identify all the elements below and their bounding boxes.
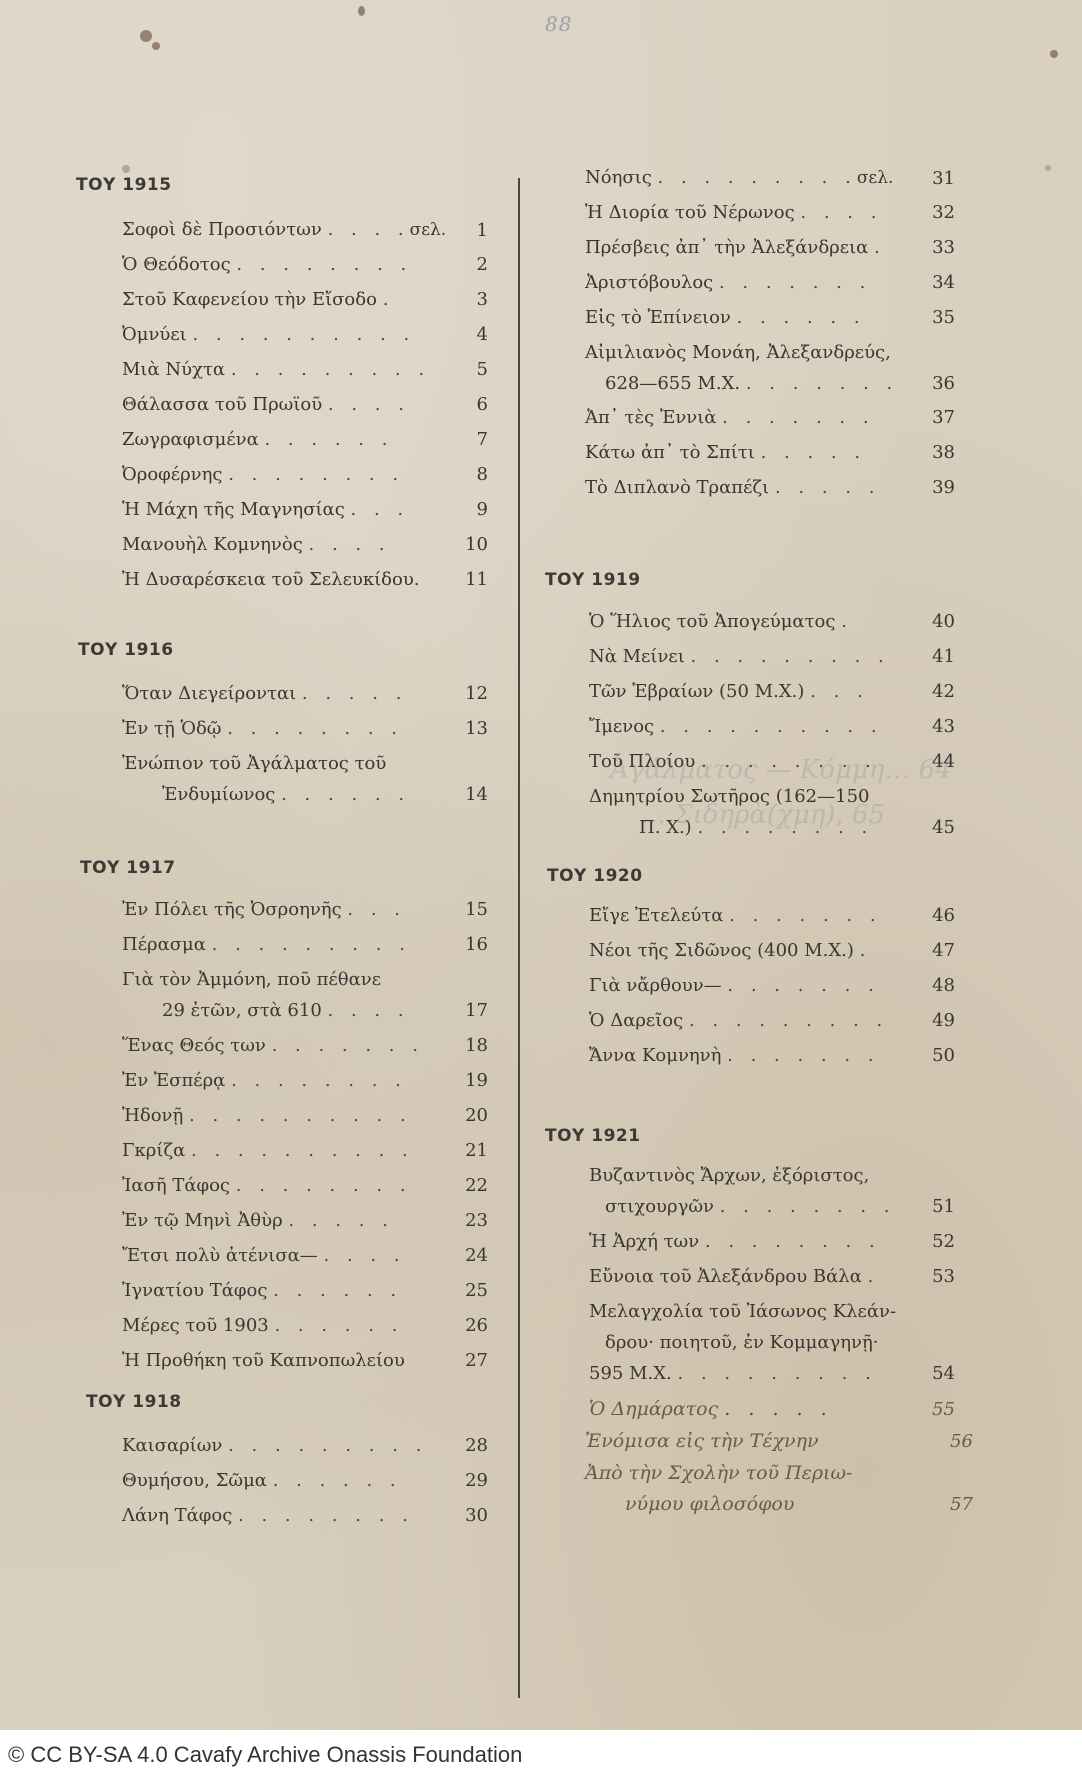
page-number: 4 xyxy=(477,319,488,350)
ink-stain xyxy=(1050,50,1058,58)
toc-entry[interactable]: Ἀπ᾽ τὲς Ἐννιὰ . . . . . . .37 xyxy=(585,402,955,433)
toc-entry[interactable]: Εἴγε Ἐτελεύτα . . . . . . .46 xyxy=(589,900,955,931)
page-number: 49 xyxy=(932,1005,955,1036)
ink-stain xyxy=(358,6,365,16)
column-divider xyxy=(518,178,520,1698)
page-number: 46 xyxy=(932,900,955,931)
page-number: 9 xyxy=(477,494,488,525)
toc-entry[interactable]: Ἐν Ἑσπέρᾳ . . . . . . . .19 xyxy=(122,1065,488,1096)
page-number: 6 xyxy=(477,389,488,420)
page-number: 54 xyxy=(932,1358,955,1389)
page-number: 18 xyxy=(465,1030,488,1061)
page-number: 22 xyxy=(465,1170,488,1201)
handwritten-toc-entry[interactable]: Ἐνόμισα εἰς τὴν Τέχνην56 xyxy=(585,1426,955,1457)
page-number: 14 xyxy=(465,779,488,810)
year-heading: ΤΟΥ 1916 xyxy=(78,640,174,660)
page-number: 20 xyxy=(465,1100,488,1131)
toc-entry[interactable]: Ὀροφέρνης . . . . . . . .8 xyxy=(122,459,488,490)
page-number: 7 xyxy=(477,424,488,455)
page-number: 16 xyxy=(465,929,488,960)
toc-entry[interactable]: Ἐν Πόλει τῆς Ὀσροηνῆς . . .15 xyxy=(122,894,488,925)
toc-entry[interactable]: Λάνη Τάφος . . . . . . . .30 xyxy=(122,1500,488,1531)
page-number: 13 xyxy=(465,713,488,744)
page-number: 2 xyxy=(477,249,488,280)
toc-entry[interactable]: Πρέσβεις ἀπ᾽ τὴν Ἀλεξάνδρεια .33 xyxy=(585,232,955,263)
toc-entry[interactable]: Ἔτσι πολὺ ἀτένισα— . . . .24 xyxy=(122,1240,488,1271)
page-number: 39 xyxy=(932,472,955,503)
toc-entry[interactable]: Εἰς τὸ Ἐπίνειον . . . . . .35 xyxy=(585,302,955,333)
page-number: 43 xyxy=(932,711,955,742)
toc-entry[interactable]: Ἡ Διορία τοῦ Νέρωνος . . . .32 xyxy=(585,197,955,228)
page-number: 23 xyxy=(465,1205,488,1236)
page-number: 26 xyxy=(465,1310,488,1341)
page-number: 44 xyxy=(932,746,955,777)
toc-entry[interactable]: Ὁ Θεόδοτος . . . . . . . .2 xyxy=(122,249,488,280)
scanned-page: 88 Ἀγάλματος — Κόμμη… 64 … Σιδηρὰ(χμη), … xyxy=(0,0,1082,1730)
page-number: 36 xyxy=(932,368,955,399)
toc-entry[interactable]: Ἡδονῇ . . . . . . . . . .20 xyxy=(122,1100,488,1131)
toc-entry[interactable]: Πέρασμα . . . . . . . . .16 xyxy=(122,929,488,960)
page-number: 45 xyxy=(932,812,955,843)
page-number: 35 xyxy=(932,302,955,333)
page-number: 51 xyxy=(932,1191,955,1222)
toc-entry[interactable]: Ἡ Ἀρχή των . . . . . . . .52 xyxy=(589,1226,955,1257)
page-number: 47 xyxy=(932,935,955,966)
year-heading: ΤΟΥ 1918 xyxy=(86,1392,182,1412)
page-number: 17 xyxy=(465,995,488,1026)
page-number: 12 xyxy=(465,678,488,709)
toc-entry[interactable]: Ἄννα Κομνηνὴ . . . . . . .50 xyxy=(589,1040,955,1071)
toc-entry[interactable]: Ἡ Προθήκη τοῦ Καπνοπωλείου 27 xyxy=(122,1345,488,1376)
toc-entry[interactable]: Ὁ Δαρεῖος . . . . . . . . .49 xyxy=(589,1005,955,1036)
page-number: 31 xyxy=(932,163,955,194)
toc-entry[interactable]: Κάτω ἀπ᾽ τὸ Σπίτι . . . . .38 xyxy=(585,437,955,468)
page-number: 10 xyxy=(465,529,488,560)
page-number: 5 xyxy=(477,354,488,385)
page-number: 15 xyxy=(465,894,488,925)
page-number: 30 xyxy=(465,1500,488,1531)
page-number: 24 xyxy=(465,1240,488,1271)
handwritten-toc-entry[interactable]: Ἀπὸ τὴν Σχολὴν τοῦ Περιω-νύμου φιλοσόφου… xyxy=(585,1458,955,1520)
page-number: 50 xyxy=(932,1040,955,1071)
toc-entry[interactable]: Ἐν τῇ Ὁδῷ . . . . . . . .13 xyxy=(122,713,488,744)
page-number: 1 xyxy=(477,215,488,246)
handwritten-toc-entry[interactable]: Ὁ Δημάρατος . . . . .55 xyxy=(589,1394,955,1425)
year-heading: ΤΟΥ 1915 xyxy=(76,175,172,195)
page-number: 56 xyxy=(950,1426,973,1457)
ink-stain xyxy=(1045,165,1051,171)
toc-entry[interactable]: Γιὰ νἄρθουν— . . . . . . .48 xyxy=(589,970,955,1001)
toc-entry[interactable]: Θυμήσου, Σῶμα . . . . . .29 xyxy=(122,1465,488,1496)
page-number: 42 xyxy=(932,676,955,707)
page-number: 40 xyxy=(932,606,955,637)
toc-entry[interactable]: Ἕνας Θεός των . . . . . . .18 xyxy=(122,1030,488,1061)
toc-entry[interactable]: Τοῦ Πλοίου . . . . . . . .44 xyxy=(589,746,955,777)
page-number: 29 xyxy=(465,1465,488,1496)
toc-entry[interactable]: Στοῦ Καφενείου τὴν Εἴσοδο .3 xyxy=(122,284,488,315)
page-number: 57 xyxy=(950,1489,973,1520)
license-credit: © CC BY-SA 4.0 Cavafy Archive Onassis Fo… xyxy=(8,1730,1078,1779)
toc-entry[interactable]: Ἴμενος . . . . . . . . . .43 xyxy=(589,711,955,742)
page-number: 53 xyxy=(932,1261,955,1292)
toc-entry[interactable]: Νέοι τῆς Σιδῶνος (400 Μ.Χ.) .47 xyxy=(589,935,955,966)
page-number: 37 xyxy=(932,402,955,433)
page-number: 32 xyxy=(932,197,955,228)
ink-stain xyxy=(140,30,152,42)
ink-stain xyxy=(152,42,160,50)
page-number: 11 xyxy=(465,564,488,595)
page-number: 28 xyxy=(465,1430,488,1461)
toc-entry[interactable]: Ἐνώπιον τοῦ Ἀγάλματος τοῦἘνδυμίωνος . . … xyxy=(122,748,488,810)
toc-entry[interactable]: Εὔνοια τοῦ Ἀλεξάνδρου Βάλα .53 xyxy=(589,1261,955,1292)
page-number: 52 xyxy=(932,1226,955,1257)
page-number: 55 xyxy=(932,1394,955,1425)
handwritten-page-number: 88 xyxy=(545,12,572,36)
toc-entry[interactable]: Ἡ Δυσαρέσκεια τοῦ Σελευκίδου. 11 xyxy=(122,564,488,595)
year-heading: ΤΟΥ 1917 xyxy=(80,858,176,878)
page-number: 48 xyxy=(932,970,955,1001)
toc-entry[interactable]: Ὅταν Διεγείρονται . . . . .12 xyxy=(122,678,488,709)
toc-entry[interactable]: Σοφοὶ δὲ Προσιόντων . . . .σελ.1 xyxy=(122,214,488,246)
toc-entry[interactable]: Μιὰ Νύχτα . . . . . . . . .5 xyxy=(122,354,488,385)
toc-entry[interactable]: Θάλασσα τοῦ Πρωϊοῦ . . . .6 xyxy=(122,389,488,420)
toc-entry[interactable]: Ἐν τῷ Μηνὶ Ἀθὺρ . . . . .23 xyxy=(122,1205,488,1236)
page-number: 41 xyxy=(932,641,955,672)
toc-entry[interactable]: Καισαρίων . . . . . . . . .28 xyxy=(122,1430,488,1461)
toc-entry[interactable]: Αἰμιλιανὸς Μονάη, Ἀλεξανδρεύς,628—655 Μ.… xyxy=(585,337,955,399)
page-number: 34 xyxy=(932,267,955,298)
toc-entry[interactable]: Νόησις . . . . . . . . .σελ.31 xyxy=(585,162,955,194)
ink-stain xyxy=(122,165,130,173)
toc-entry[interactable]: Γιὰ τὸν Ἀμμόνη, ποῦ πέθανε29 ἐτῶν, στὰ 6… xyxy=(122,964,488,1026)
toc-entry[interactable]: Ἡ Μάχη τῆς Μαγνησίας . . .9 xyxy=(122,494,488,525)
toc-entry[interactable]: Μελαγχολία τοῦ Ἰάσωνος Κλεάν-δρου· ποιητ… xyxy=(589,1296,955,1389)
toc-entry[interactable]: Μέρες τοῦ 1903 . . . . . .26 xyxy=(122,1310,488,1341)
toc-entry[interactable]: Γκρίζα . . . . . . . . . .21 xyxy=(122,1135,488,1166)
page-number: 8 xyxy=(477,459,488,490)
page-number: 38 xyxy=(932,437,955,468)
page-number: 21 xyxy=(465,1135,488,1166)
page-number: 33 xyxy=(932,232,955,263)
toc-entry[interactable]: Ζωγραφισμένα . . . . . .7 xyxy=(122,424,488,455)
year-heading: ΤΟΥ 1921 xyxy=(545,1126,641,1146)
page-number: 3 xyxy=(477,284,488,315)
page-number: 27 xyxy=(465,1345,488,1376)
toc-entry[interactable]: Τῶν Ἑβραίων (50 Μ.Χ.) . . .42 xyxy=(589,676,955,707)
page-number: 19 xyxy=(465,1065,488,1096)
toc-entry[interactable]: Μανουὴλ Κομνηνὸς . . . .10 xyxy=(122,529,488,560)
toc-entry[interactable]: Βυζαντινὸς Ἄρχων, ἐξόριστος,στιχουργῶν .… xyxy=(589,1160,955,1222)
toc-entry[interactable]: Ἰγνατίου Τάφος . . . . . .25 xyxy=(122,1275,488,1306)
year-heading: ΤΟΥ 1919 xyxy=(545,570,641,590)
toc-entry[interactable]: Ὀμνύει . . . . . . . . . .4 xyxy=(122,319,488,350)
year-heading: ΤΟΥ 1920 xyxy=(547,866,643,886)
toc-entry[interactable]: Ἀριστόβουλος . . . . . . .34 xyxy=(585,267,955,298)
toc-entry[interactable]: Ἰασῆ Τάφος . . . . . . . .22 xyxy=(122,1170,488,1201)
toc-entry[interactable]: Δημητρίου Σωτῆρος (162—150Π. Χ.) . . . .… xyxy=(589,781,955,843)
toc-entry[interactable]: Ὁ Ἥλιος τοῦ Ἀπογεύματος .40 xyxy=(589,606,955,637)
toc-entry[interactable]: Νὰ Μείνει . . . . . . . . .41 xyxy=(589,641,955,672)
page-number: 25 xyxy=(465,1275,488,1306)
toc-entry[interactable]: Τὸ Διπλανὸ Τραπέζι . . . . .39 xyxy=(585,472,955,503)
